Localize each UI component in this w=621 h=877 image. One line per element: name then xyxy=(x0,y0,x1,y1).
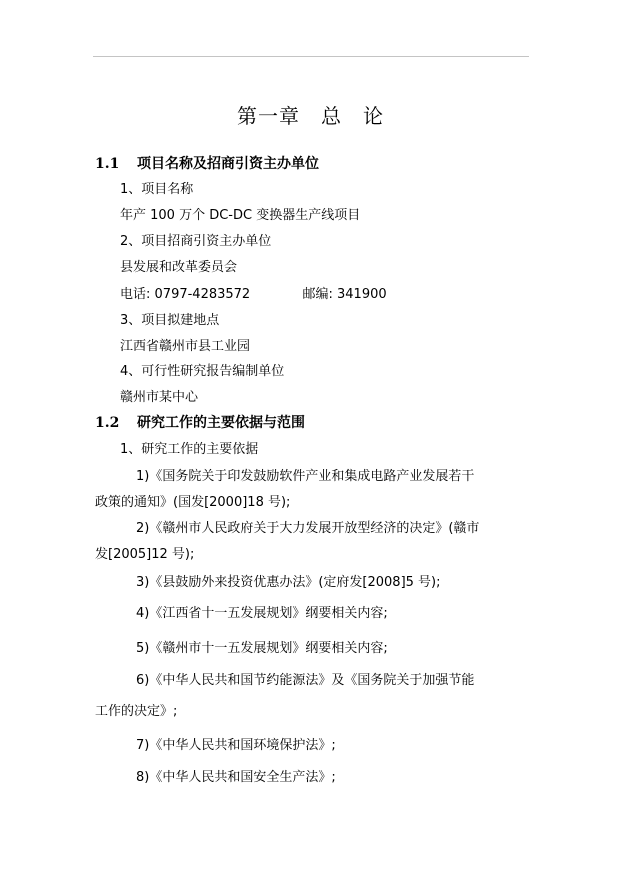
phone-value: 0797-4283572 xyxy=(155,287,251,302)
item-label-report-unit: 4、可行性研究报告编制单位 xyxy=(120,364,284,380)
section-heading-1-2: 1.2研究工作的主要依据与范围 xyxy=(95,414,305,432)
basis-item-1-line1: 1)《国务院关于印发鼓励软件产业和集成电路产业发展若干 xyxy=(136,469,474,485)
basis-item-1-line2: 政策的通知》(国发[2000]18 号); xyxy=(95,495,290,511)
item-label-location: 3、项目拟建地点 xyxy=(120,313,219,329)
postcode-label: 邮编: xyxy=(302,287,332,302)
chapter-title: 第一章 总 论 xyxy=(0,100,621,129)
basis-item-6-line2: 工作的决定》; xyxy=(95,704,177,720)
phone-label: 电话: xyxy=(120,287,150,302)
item-label-project-name: 1、项目名称 xyxy=(120,182,193,198)
basis-item-5: 5)《赣州市十一五发展规划》纲要相关内容; xyxy=(136,641,388,657)
basis-item-3: 3)《县鼓励外来投资优惠办法》(定府发[2008]5 号); xyxy=(136,575,441,591)
item-value-project-name: 年产 100 万个 DC-DC 变换器生产线项目 xyxy=(120,208,360,224)
item-label-sponsor: 2、项目招商引资主办单位 xyxy=(120,234,271,250)
basis-item-8: 8)《中华人民共和国安全生产法》; xyxy=(136,770,336,786)
section-number: 1.2 xyxy=(95,414,137,432)
section-number: 1.1 xyxy=(95,155,137,173)
section-heading-1-1: 1.1项目名称及招商引资主办单位 xyxy=(95,155,319,173)
basis-item-6-line1: 6)《中华人民共和国节约能源法》及《国务院关于加强节能 xyxy=(136,673,474,689)
basis-item-2-line2: 发[2005]12 号); xyxy=(95,547,194,563)
basis-item-7: 7)《中华人民共和国环境保护法》; xyxy=(136,738,336,754)
section-title: 研究工作的主要依据与范围 xyxy=(137,415,305,431)
item-value-location: 江西省赣州市县工业园 xyxy=(120,339,250,355)
subheading-basis: 1、研究工作的主要依据 xyxy=(120,442,258,458)
item-value-report-unit: 赣州市某中心 xyxy=(120,390,198,406)
header-rule xyxy=(93,56,529,57)
postcode-value: 341900 xyxy=(337,287,387,302)
basis-item-2-line1: 2)《赣州市人民政府关于大力发展开放型经济的决定》(赣市 xyxy=(136,521,479,537)
contact-line: 电话: 0797-4283572 邮编: 341900 xyxy=(120,287,387,303)
item-value-sponsor: 县发展和改革委员会 xyxy=(120,260,237,276)
basis-item-4: 4)《江西省十一五发展规划》纲要相关内容; xyxy=(136,606,388,622)
section-title: 项目名称及招商引资主办单位 xyxy=(137,156,319,172)
